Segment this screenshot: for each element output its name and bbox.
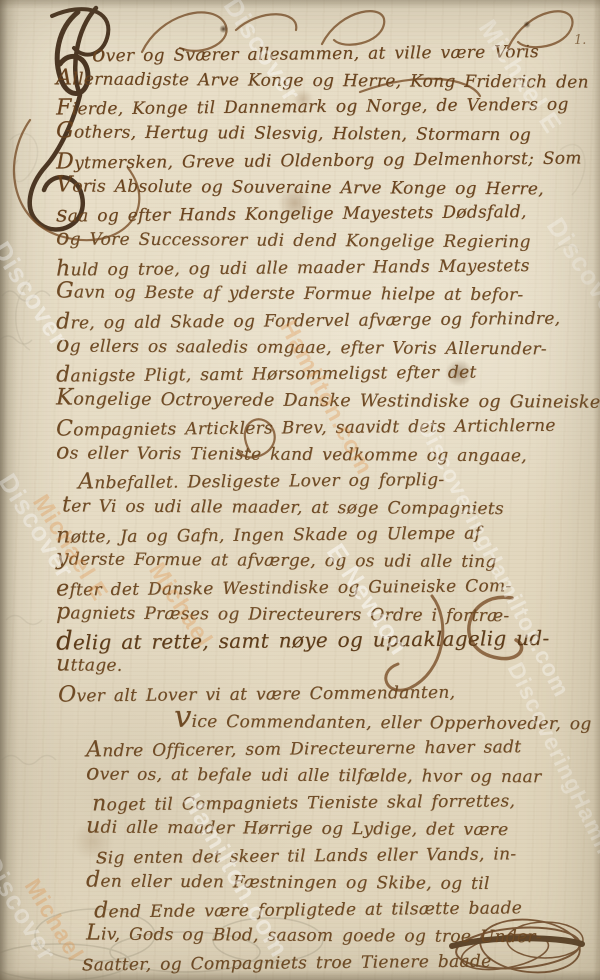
manuscript-line: Dytmersken, Greve udi Oldenborg og Delme… — [56, 144, 588, 176]
manuscript-line: Over alt Lover vi at være Commendanten, — [58, 677, 588, 709]
manuscript-line: Gothers, Hertug udi Slesvig, Holsten, St… — [56, 118, 588, 148]
ink-spot — [219, 25, 228, 33]
manuscript-line: Liv, Gods og Blod, saasom goede og troe … — [86, 921, 588, 951]
manuscript-line: efter det Danske Westindiske og Guineisk… — [56, 572, 588, 604]
manuscript-line: uttage. — [56, 652, 588, 682]
manuscript-line: yderste Formue at afværge, og os udi all… — [56, 546, 588, 576]
manuscript-line: vice Commendanten, eller Opperhoveder, o… — [174, 705, 588, 736]
page-top-edge — [0, 0, 600, 9]
manuscript-line: over os, at befale udi alle tilfælde, hv… — [86, 760, 588, 790]
manuscript-line: Gavn og Beste af yderste Formue hielpe a… — [56, 279, 588, 309]
manuscript-line: over og Sværer allesammen, at ville være… — [92, 38, 588, 69]
manuscript-line: sig enten det skeer til Lands eller Vand… — [96, 840, 588, 871]
manuscript-line: Compagniets Articklers Brev, saavidt det… — [56, 411, 588, 443]
manuscript-line: Kongelige Octroyerede Danske Westindiske… — [56, 386, 588, 416]
manuscript-text-block: over og Sværer allesammen, at ville være… — [56, 40, 588, 976]
manuscript-line: den eller uden Fæstningen og Skibe, og t… — [86, 867, 588, 897]
manuscript-line: saa og efter Hands Kongelige Mayestets D… — [56, 198, 588, 230]
manuscript-line: saatter, og Compagniets troe Tienere baa… — [82, 946, 588, 978]
manuscript-line: ter Vi os udi alle maader, at søge Compa… — [62, 492, 588, 522]
manuscript-line: dend Ende være forpligtede at tilsætte b… — [94, 893, 588, 924]
manuscript-line: og Vore Successorer udi dend Kongelige R… — [56, 225, 588, 255]
binding-edge-shadow — [0, 0, 18, 980]
manuscript-line: Andre Officerer, som Directeurerne haver… — [86, 733, 588, 765]
manuscript-page: 1. over og Sværer allesammen, at ville v… — [0, 0, 600, 980]
manuscript-line: dre, og ald Skade og Fordervel afværge o… — [56, 304, 588, 336]
manuscript-line: udi alle maader Hørrige og Lydige, det v… — [86, 814, 588, 844]
ink-spot — [523, 21, 531, 28]
page-right-edge — [593, 0, 600, 980]
manuscript-line: Anbefallet. Desligeste Lover og forplig- — [78, 465, 588, 497]
